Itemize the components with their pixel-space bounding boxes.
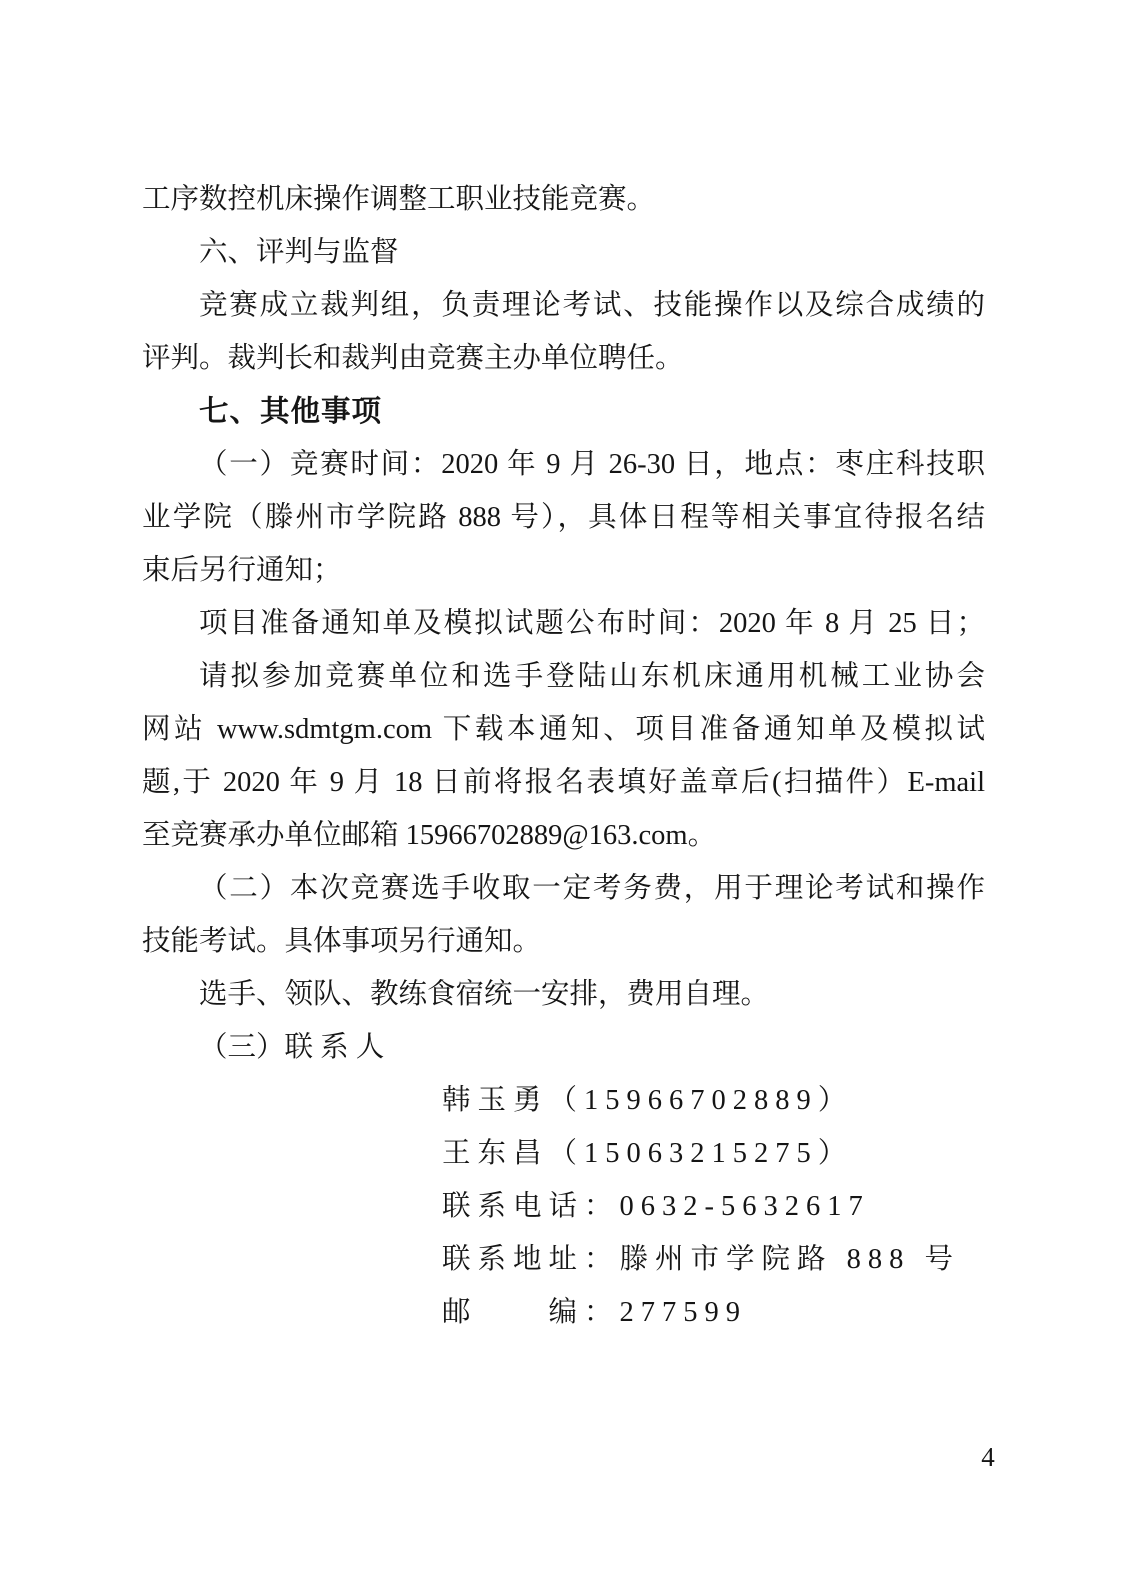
- doc-line: 评判。裁判长和裁判由竞赛主办单位聘任。: [142, 332, 985, 385]
- doc-line-website: 网站 www.sdmtgm.com 下载本通知、项目准备通知单及模拟试: [142, 703, 985, 756]
- section-heading-other-matters: 七、其他事项: [142, 385, 985, 438]
- doc-line-accommodation: 选手、领队、教练食宿统一安排，费用自理。: [142, 968, 985, 1021]
- page-number: 4: [968, 1440, 1008, 1474]
- contact-name-phone-2: 王东昌（15063215275）: [142, 1127, 985, 1180]
- contact-postal-code: 邮 编：277599: [142, 1286, 985, 1339]
- contact-telephone: 联系电话：0632-5632617: [142, 1180, 985, 1233]
- doc-line: 技能考试。具体事项另行通知。: [142, 915, 985, 968]
- doc-line-deadline: 题,于 2020 年 9 月 18 日前将报名表填好盖章后(扫描件）E-mail: [142, 756, 985, 809]
- doc-line-fees: （二）本次竞赛选手收取一定考务费，用于理论考试和操作: [142, 862, 985, 915]
- document-page: 工序数控机床操作调整工职业技能竞赛。 六、评判与监督 竞赛成立裁判组，负责理论考…: [0, 0, 1127, 1594]
- section-heading-judging: 六、评判与监督: [142, 226, 985, 279]
- doc-line-competition-title-cont: 工序数控机床操作调整工职业技能竞赛。: [142, 173, 985, 226]
- document-body: 工序数控机床操作调整工职业技能竞赛。 六、评判与监督 竞赛成立裁判组，负责理论考…: [142, 173, 985, 1339]
- contact-address: 联系地址：滕州市学院路 888 号: [142, 1233, 985, 1286]
- doc-line-email: 至竞赛承办单位邮箱 15966702889@163.com。: [142, 809, 985, 862]
- doc-line: 竞赛成立裁判组，负责理论考试、技能操作以及综合成绩的: [142, 279, 985, 332]
- doc-line: 束后另行通知；: [142, 544, 985, 597]
- doc-line-mock-exam-date: 项目准备通知单及模拟试题公布时间：2020 年 8 月 25 日；: [142, 597, 985, 650]
- doc-line: 业学院（滕州市学院路 888 号），具体日程等相关事宜待报名结: [142, 491, 985, 544]
- section-heading-contacts: （三）联 系 人: [142, 1021, 985, 1074]
- doc-line-competition-time: （一）竞赛时间：2020 年 9 月 26-30 日，地点：枣庄科技职: [142, 438, 985, 491]
- contact-name-phone-1: 韩玉勇（15966702889）: [142, 1074, 985, 1127]
- doc-line: 请拟参加竞赛单位和选手登陆山东机床通用机械工业协会: [142, 650, 985, 703]
